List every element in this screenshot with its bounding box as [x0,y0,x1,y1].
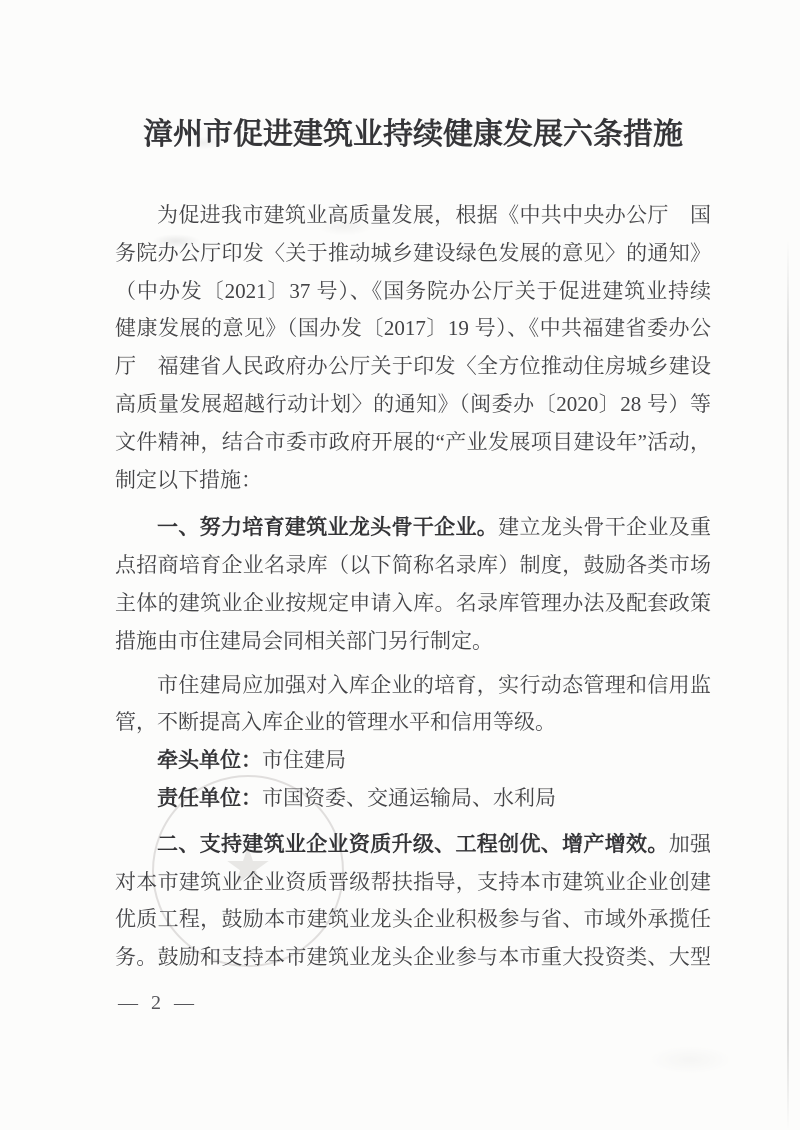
text-line: 为促进我市建筑业高质量发展，根据《中共中央办公厅 国 [115,197,711,235]
text-line: 市住建局应加强对入库企业的培育，实行动态管理和信用监 [115,667,711,705]
text-line: 责任单位：市国资委、交通运输局、水利局 [115,780,711,818]
document-content: 漳州市促进建筑业持续健康发展六条措施 为促进我市建筑业高质量发展，根据《中共中央… [115,0,711,977]
text-line: 措施由市住建局会同相关部门另行制定。 [115,623,711,661]
text-segment: 文件精神，结合市委市政府开展的“产业发展项目建设年”活动， [115,430,711,454]
text-segment: 措施由市住建局会同相关部门另行制定。 [115,629,493,653]
text-line: 高质量发展超越行动计划〉的通知》（闽委办〔2020〕28 号）等 [115,386,711,424]
text-line: 健康发展的意见》（国办发〔2017〕19 号）、《中共福建省委办公 [115,310,711,348]
text-segment: 制定以下措施： [115,468,262,492]
text-line: 点招商培育企业名录库（以下简称名录库）制度，鼓励各类市场 [115,547,711,585]
emphasis-segment: 二、支持建筑业企业资质升级、工程创优、增产增效。 [157,833,669,856]
text-segment: 加强 [669,832,711,856]
text-segment: 点招商培育企业名录库（以下简称名录库）制度，鼓励各类市场 [115,553,711,577]
text-segment: 务。鼓励和支持本市建筑业龙头企业参与本市重大投资类、大型 [115,945,711,969]
text-line: 厅 福建省人民政府办公厅关于印发〈全方位推动住房城乡建设 [115,348,711,386]
text-segment: 对本市建筑业企业资质晋级帮扶指导，支持本市建筑业企业创建 [115,870,711,894]
text-segment: 优质工程，鼓励本市建筑业龙头企业积极参与省、市域外承揽任 [115,907,711,931]
document-body: 为促进我市建筑业高质量发展，根据《中共中央办公厅 国务院办公厅印发〈关于推动城乡… [115,197,711,977]
text-segment: （中办发〔2021〕37 号）、《国务院办公厅关于促进建筑业持续 [115,279,711,303]
emphasis-segment: 牵头单位： [157,748,262,772]
text-segment: 健康发展的意见》（国办发〔2017〕19 号）、《中共福建省委办公 [115,316,711,340]
text-line: 管，不断提高入库企业的管理水平和信用等级。 [115,704,711,742]
document-page: ★ 漳州市促进建筑业持续健康发展六条措施 为促进我市建筑业高质量发展，根据《中共… [0,0,800,1130]
text-line: 二、支持建筑业企业资质升级、工程创优、增产增效。加强 [115,826,711,864]
text-line: 主体的建筑业企业按规定申请入库。名录库管理办法及配套政策 [115,585,711,623]
paper-edge-shadow [787,240,789,1130]
text-line: 对本市建筑业企业资质晋级帮扶指导，支持本市建筑业企业创建 [115,864,711,902]
text-segment: 市住建局应加强对入库企业的培育，实行动态管理和信用监 [157,673,711,697]
text-segment: 主体的建筑业企业按规定申请入库。名录库管理办法及配套政策 [115,591,711,615]
emphasis-segment: 一、努力培育建筑业龙头骨干企业。 [157,516,498,539]
text-segment: 市国资委、交通运输局、水利局 [262,786,556,810]
text-line: （中办发〔2021〕37 号）、《国务院办公厅关于促进建筑业持续 [115,273,711,311]
text-segment: 市住建局 [262,748,346,772]
text-line: 制定以下措施： [115,462,711,500]
text-segment: 务院办公厅印发〈关于推动城乡建设绿色发展的意见〉的通知》 [115,241,711,265]
page-number: — 2 — [118,988,198,1018]
text-segment: 为促进我市建筑业高质量发展，根据《中共中央办公厅 国 [157,203,711,227]
text-line: 务。鼓励和支持本市建筑业龙头企业参与本市重大投资类、大型 [115,939,711,977]
text-segment: 管，不断提高入库企业的管理水平和信用等级。 [115,710,556,734]
text-segment: 高质量发展超越行动计划〉的通知》（闽委办〔2020〕28 号）等 [115,392,711,416]
text-line: 一、努力培育建筑业龙头骨干企业。建立龙头骨干企业及重 [115,509,711,547]
text-segment: 建立龙头骨干企业及重 [498,515,711,539]
text-line: 务院办公厅印发〈关于推动城乡建设绿色发展的意见〉的通知》 [115,235,711,273]
document-title: 漳州市促进建筑业持续健康发展六条措施 [115,113,711,157]
emphasis-segment: 责任单位： [157,786,262,810]
text-segment: 厅 福建省人民政府办公厅关于印发〈全方位推动住房城乡建设 [115,354,711,378]
text-line: 优质工程，鼓励本市建筑业龙头企业积极参与省、市域外承揽任 [115,901,711,939]
text-line: 牵头单位：市住建局 [115,742,711,780]
text-line: 文件精神，结合市委市政府开展的“产业发展项目建设年”活动， [115,424,711,462]
